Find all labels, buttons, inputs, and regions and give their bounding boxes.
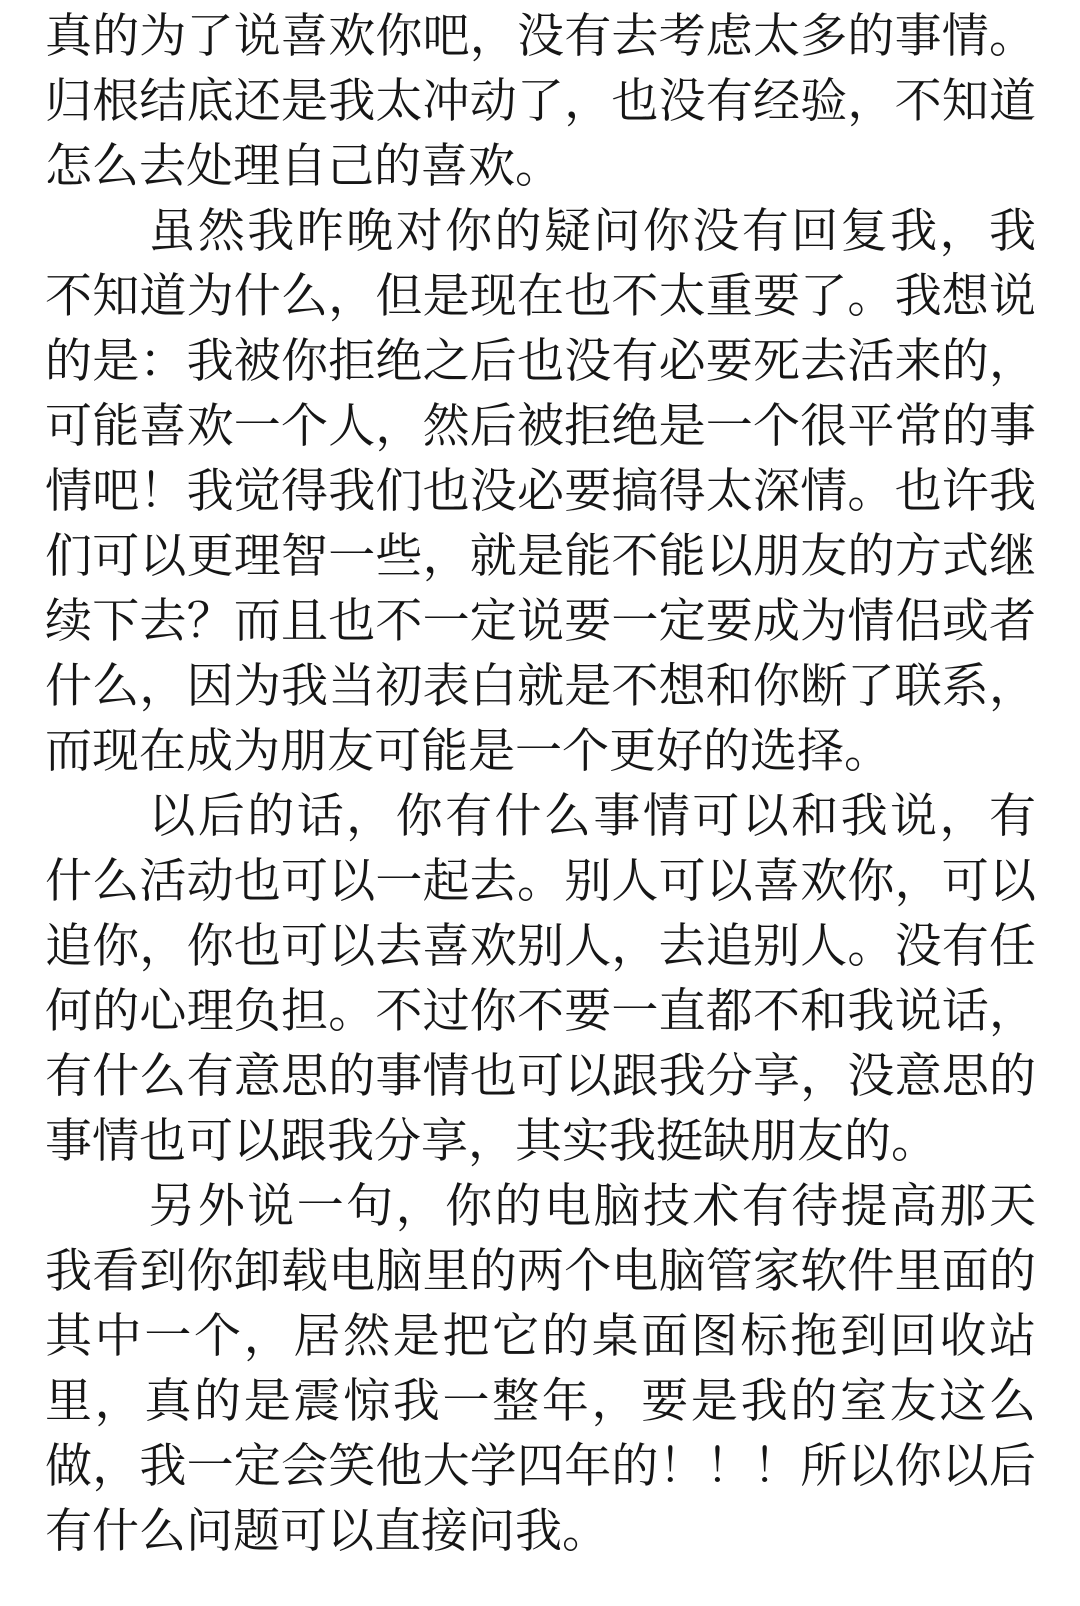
paragraph-continuation: 真的为了说喜欢你吧，没有去考虑太多的事情。归根结底还是我太冲动了，也没有经验，不… <box>45 4 1036 199</box>
paragraph-3: 以后的话，你有什么事情可以和我说，有什么活动也可以一起去。别人可以喜欢你，可以追… <box>45 784 1036 1174</box>
text-page: 真的为了说喜欢你吧，没有去考虑太多的事情。归根结底还是我太冲动了，也没有经验，不… <box>0 0 1080 1606</box>
paragraph-4: 另外说一句，你的电脑技术有待提高那天我看到你卸载电脑里的两个电脑管家软件里面的其… <box>45 1174 1036 1564</box>
paragraph-2: 虽然我昨晚对你的疑问你没有回复我，我不知道为什么，但是现在也不太重要了。我想说的… <box>45 199 1036 784</box>
